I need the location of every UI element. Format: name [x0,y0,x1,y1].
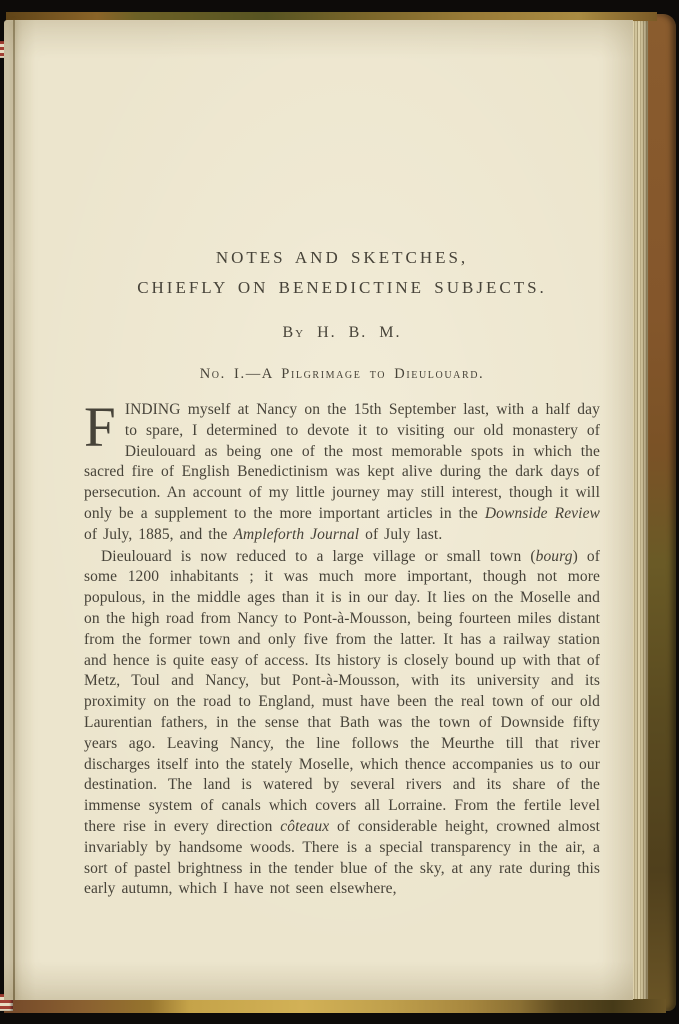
photo-frame: NOTES AND SKETCHES, CHIEFLY ON BENEDICTI… [0,0,679,1024]
paragraph-2: Dieulouard is now reduced to a large vil… [84,547,600,901]
paragraph-1-text: INDING myself at Nancy on the 15th Septe… [84,401,600,543]
paragraph-1: FINDING myself at Nancy on the 15th Sept… [84,400,600,546]
section-heading: No. I.—A Pilgrimage to Dieulouard. [84,366,600,383]
drop-cap: F [84,400,125,461]
book-cover-board [645,14,676,1011]
scanned-page: NOTES AND SKETCHES, CHIEFLY ON BENEDICTI… [4,20,633,1000]
page-content: NOTES AND SKETCHES, CHIEFLY ON BENEDICTI… [84,248,600,900]
body-text: FINDING myself at Nancy on the 15th Sept… [84,400,600,900]
article-title-line2: CHIEFLY ON BENEDICTINE SUBJECTS. [84,278,600,298]
byline: By H. B. M. [84,324,600,342]
article-title-line1: NOTES AND SKETCHES, [84,248,600,268]
page-gutter-crease [13,20,15,1000]
book-bottom-edge [4,999,666,1013]
